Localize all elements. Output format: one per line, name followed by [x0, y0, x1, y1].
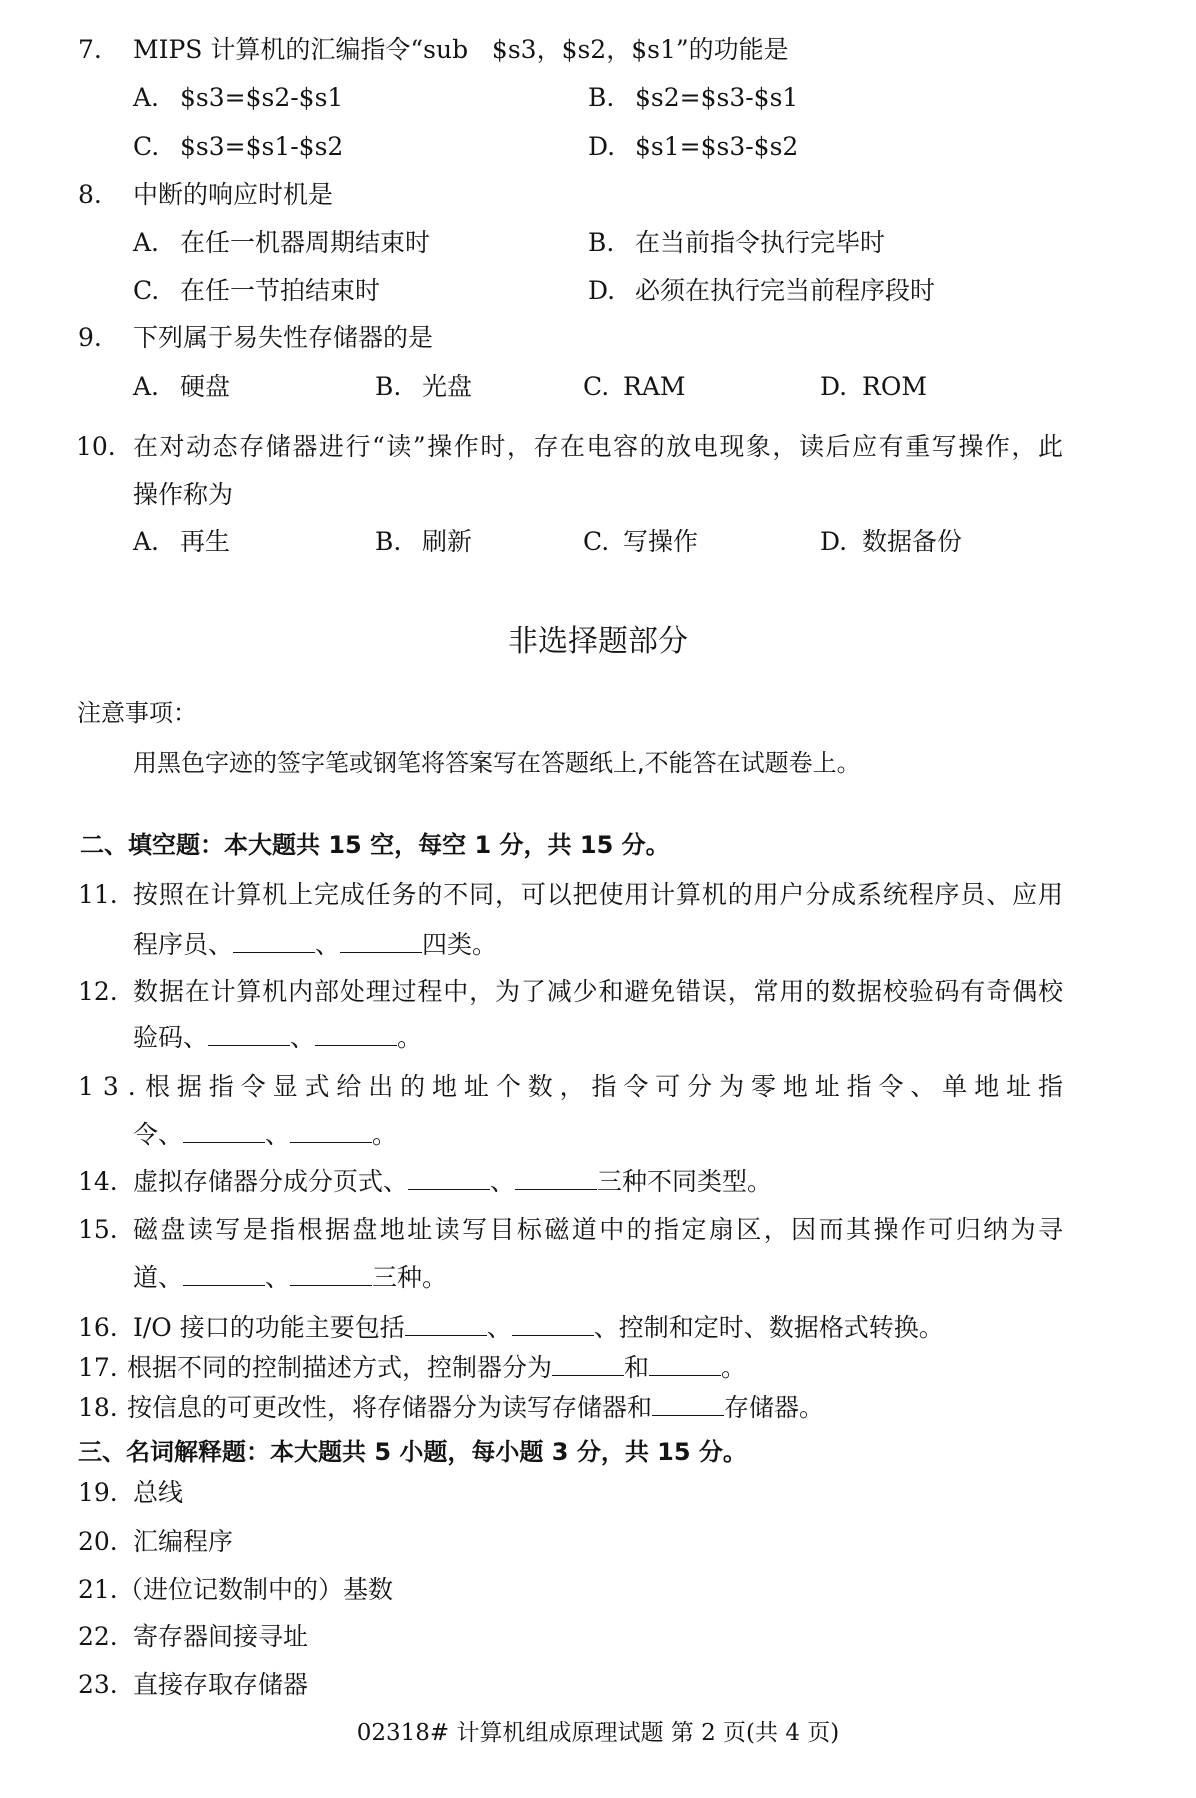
option-text: $s3=$s2-$s1: [180, 83, 343, 112]
question-text: 虚拟存储器分成分页式、、三种不同类型。: [133, 1162, 772, 1202]
question-text: 根据不同的控制描述方式，控制器分为和。: [127, 1348, 746, 1388]
text-fragment: 验码、: [133, 1023, 208, 1052]
question-number: 21.: [78, 1570, 118, 1610]
option-letter: B.: [588, 78, 635, 118]
text-fragment: 。: [397, 1023, 422, 1052]
option-letter: C.: [583, 367, 623, 407]
page-footer: 02318# 计算机组成原理试题 第 2 页(共 4 页): [0, 1713, 1196, 1753]
question-stem: 下列属于易失性存储器的是: [133, 318, 433, 358]
option-c: C.在任一节拍结束时: [133, 271, 380, 311]
notice-label: 注意事项：: [77, 693, 197, 733]
option-letter: D.: [820, 522, 862, 562]
text-fragment: 四类。: [422, 930, 497, 959]
fill-blank[interactable]: [183, 1116, 265, 1143]
question-stem-line-2: 操作称为: [133, 475, 233, 515]
fill-blank[interactable]: [183, 1259, 265, 1286]
option-text: 刷新: [422, 527, 472, 556]
question-number: 18.: [78, 1388, 118, 1428]
option-letter: C.: [133, 127, 180, 167]
fill-blank[interactable]: [652, 1389, 724, 1416]
text-fragment: 令、: [133, 1120, 183, 1149]
option-text: 必须在执行完当前程序段时: [635, 276, 935, 305]
question-number: 7.: [78, 30, 102, 70]
term-text: （进位记数制中的）基数: [118, 1570, 393, 1610]
fill-blank[interactable]: [649, 1349, 721, 1376]
fill-blank[interactable]: [552, 1349, 624, 1376]
question-number: 12.: [78, 972, 118, 1012]
question-stem-line-1: 在对动态存储器进行“读”操作时，存在电容的放电现象，读后应有重写操作，此: [133, 427, 1063, 467]
option-text: ROM: [862, 372, 927, 401]
option-letter: B.: [375, 367, 422, 407]
option-letter: A.: [133, 367, 180, 407]
option-letter: D.: [588, 271, 635, 311]
option-text: RAM: [623, 372, 685, 401]
option-letter: C.: [133, 271, 180, 311]
option-text: 硬盘: [180, 372, 230, 401]
text-fragment: 三种不同类型。: [597, 1167, 772, 1196]
fill-blank[interactable]: [315, 1019, 397, 1046]
text-fragment: 虚拟存储器分成分页式、: [133, 1167, 408, 1196]
option-letter: C.: [583, 522, 623, 562]
option-letter: B.: [375, 522, 422, 562]
question-number: 19.: [78, 1473, 118, 1513]
question-stem: MIPS 计算机的汇编指令“sub $s3，$s2，$s1”的功能是: [133, 30, 789, 70]
option-text: 数据备份: [862, 527, 962, 556]
text-fragment: 和: [624, 1353, 649, 1382]
fill-blank[interactable]: [408, 1163, 490, 1190]
question-text-line-2: 令、、。: [133, 1115, 397, 1155]
text-fragment: 程序员、: [133, 930, 233, 959]
fill-blank[interactable]: [233, 926, 315, 953]
option-text: 再生: [180, 527, 230, 556]
text-fragment: 。: [721, 1353, 746, 1382]
option-a: A.$s3=$s2-$s1: [133, 78, 343, 118]
option-letter: D.: [820, 367, 862, 407]
term-text: 寄存器间接寻址: [133, 1617, 308, 1657]
option-letter: B.: [588, 223, 635, 263]
fill-blank[interactable]: [405, 1309, 487, 1336]
text-fragment: 根据不同的控制描述方式，控制器分为: [127, 1353, 552, 1382]
question-text-line-2: 程序员、、四类。: [133, 925, 497, 965]
question-text-line-1: 按照在计算机上完成任务的不同，可以把使用计算机的用户分成系统程序员、应用: [133, 875, 1063, 915]
option-d: D.ROM: [820, 367, 927, 407]
text-fragment: 、: [265, 1120, 290, 1149]
text-fragment: 道、: [133, 1263, 183, 1292]
text-fragment: I/O 接口的功能主要包括: [133, 1313, 405, 1342]
fill-blank[interactable]: [515, 1163, 597, 1190]
option-a: A.在任一机器周期结束时: [133, 223, 430, 263]
question-stem: 中断的响应时机是: [133, 175, 333, 215]
fill-blank[interactable]: [208, 1019, 290, 1046]
term-text: 汇编程序: [133, 1522, 233, 1562]
option-b: B.$s2=$s3-$s1: [588, 78, 798, 118]
question-text-line-1: 数据在计算机内部处理过程中，为了减少和避免错误，常用的数据校验码有奇偶校: [133, 972, 1063, 1012]
option-d: D.数据备份: [820, 522, 962, 562]
option-text: $s3=$s1-$s2: [180, 132, 343, 161]
question-number: 20.: [78, 1522, 118, 1562]
option-c: C.写操作: [583, 522, 698, 562]
question-number: 17.: [78, 1348, 118, 1388]
option-letter: D.: [588, 127, 635, 167]
notice-text: 用黑色字迹的签字笔或钢笔将答案写在答题纸上,不能答在试题卷上。: [133, 743, 861, 783]
question-text-line-2: 道、、三种。: [133, 1258, 447, 1298]
section-header: 三、名词解释题：本大题共 5 小题，每小题 3 分，共 15 分。: [78, 1432, 747, 1472]
question-number: 22.: [78, 1617, 118, 1657]
question-number: 11.: [78, 875, 118, 915]
text-fragment: 、: [290, 1023, 315, 1052]
option-text: 在当前指令执行完毕时: [635, 228, 885, 257]
option-b: B.光盘: [375, 367, 472, 407]
question-text-line-2: 验码、、。: [133, 1018, 422, 1058]
text-fragment: 、控制和定时、数据格式转换。: [594, 1313, 944, 1342]
option-b: B.刷新: [375, 522, 472, 562]
option-a: A.硬盘: [133, 367, 230, 407]
fill-blank[interactable]: [290, 1259, 372, 1286]
term-text: 总线: [133, 1473, 183, 1513]
question-text: I/O 接口的功能主要包括、、控制和定时、数据格式转换。: [133, 1308, 944, 1348]
question-text: 按信息的可更改性，将存储器分为读写存储器和存储器。: [127, 1388, 824, 1428]
question-text-line-1: 根据指令显式给出的地址个数，指令可分为零地址指令、单地址指: [145, 1067, 1063, 1107]
option-c: C.RAM: [583, 367, 685, 407]
option-text: 写操作: [623, 527, 698, 556]
question-number: 15.: [78, 1210, 118, 1250]
question-text-line-1: 磁盘读写是指根据盘地址读写目标磁道中的指定扇区，因而其操作可归纳为寻: [133, 1210, 1063, 1250]
option-d: D.$s1=$s3-$s2: [588, 127, 798, 167]
question-number: 10.: [76, 427, 116, 467]
question-number: 16.: [78, 1308, 118, 1348]
option-text: 在任一机器周期结束时: [180, 228, 430, 257]
option-text: $s2=$s3-$s1: [635, 83, 798, 112]
text-fragment: 、: [487, 1313, 512, 1342]
option-letter: A.: [133, 223, 180, 263]
question-number: 14.: [78, 1162, 118, 1202]
question-number: 23.: [78, 1665, 118, 1705]
text-fragment: 、: [265, 1263, 290, 1292]
text-fragment: 。: [372, 1120, 397, 1149]
question-number: 9.: [78, 318, 102, 358]
text-fragment: 、: [490, 1167, 515, 1196]
text-fragment: 三种。: [372, 1263, 447, 1292]
option-text: 在任一节拍结束时: [180, 276, 380, 305]
option-text: $s1=$s3-$s2: [635, 132, 798, 161]
question-number: 8.: [78, 175, 102, 215]
option-letter: A.: [133, 522, 180, 562]
section-header: 二、填空题：本大题共 15 空，每空 1 分，共 15 分。: [80, 825, 670, 865]
term-text: 直接存取存储器: [133, 1665, 308, 1705]
text-fragment: 存储器。: [724, 1393, 824, 1422]
option-c: C.$s3=$s1-$s2: [133, 127, 343, 167]
option-text: 光盘: [422, 372, 472, 401]
fill-blank[interactable]: [512, 1309, 594, 1336]
text-fragment: 按信息的可更改性，将存储器分为读写存储器和: [127, 1393, 652, 1422]
option-d: D.必须在执行完当前程序段时: [588, 271, 935, 311]
option-b: B.在当前指令执行完毕时: [588, 223, 885, 263]
question-number: 13.: [78, 1067, 145, 1107]
part-title: 非选择题部分: [0, 620, 1196, 664]
fill-blank[interactable]: [290, 1116, 372, 1143]
option-a: A.再生: [133, 522, 230, 562]
option-letter: A.: [133, 78, 180, 118]
fill-blank[interactable]: [340, 926, 422, 953]
text-fragment: 、: [315, 930, 340, 959]
